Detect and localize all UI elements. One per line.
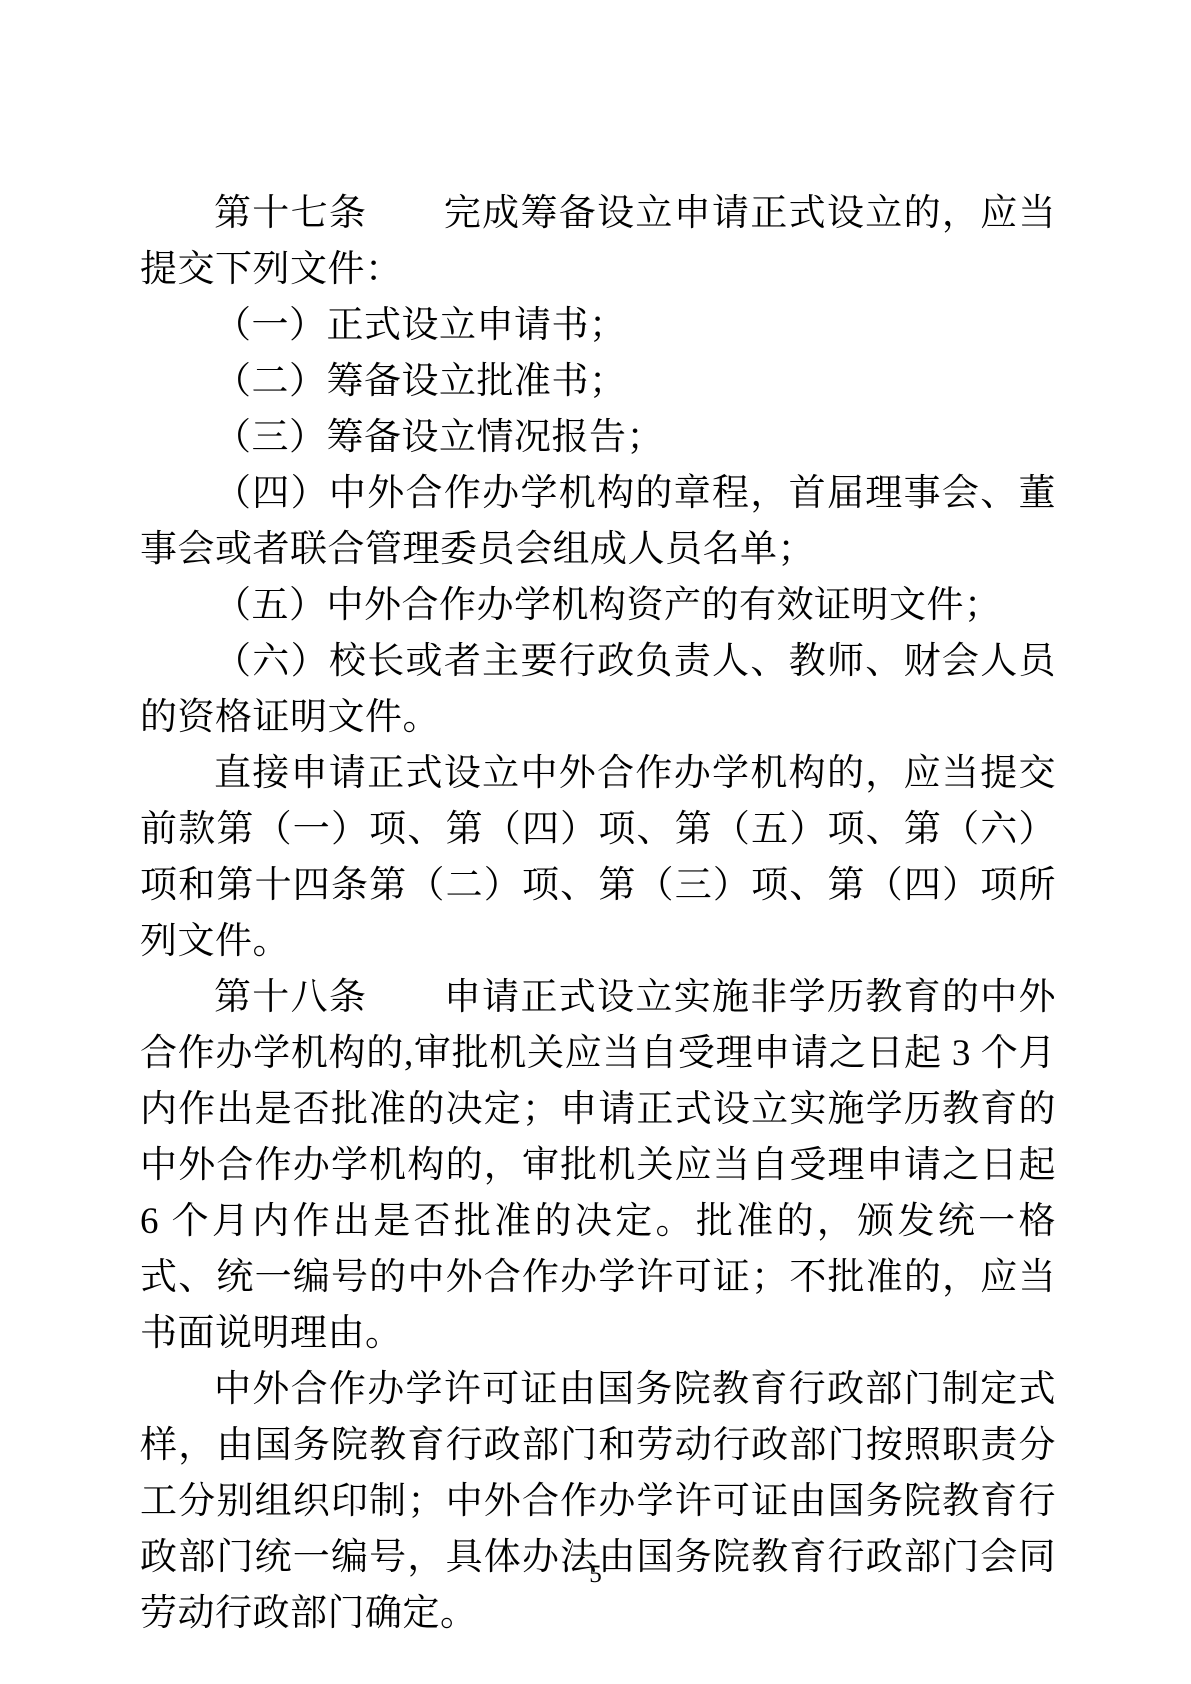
paragraph-article-18: 第十八条 申请正式设立实施非学历教育的中外合作办学机构的,审批机关应当自受理申请…: [140, 970, 1056, 1362]
paragraph-item-1: （一）正式设立申请书；: [140, 298, 1056, 354]
document-body: 第十七条 完成筹备设立申请正式设立的，应当提交下列文件： （一）正式设立申请书；…: [140, 186, 1056, 1642]
paragraph-item-6: （六）校长或者主要行政负责人、教师、财会人员的资格证明文件。: [140, 634, 1056, 746]
paragraph-direct-application: 直接申请正式设立中外合作办学机构的，应当提交前款第（一）项、第（四）项、第（五）…: [140, 746, 1056, 970]
paragraph-item-3: （三）筹备设立情况报告；: [140, 410, 1056, 466]
paragraph-article-17-intro: 第十七条 完成筹备设立申请正式设立的，应当提交下列文件：: [140, 186, 1056, 298]
paragraph-item-2: （二）筹备设立批准书；: [140, 354, 1056, 410]
paragraph-item-4: （四）中外合作办学机构的章程，首届理事会、董事会或者联合管理委员会组成人员名单；: [140, 466, 1056, 578]
paragraph-license-provisions: 中外合作办学许可证由国务院教育行政部门制定式样，由国务院教育行政部门和劳动行政部…: [140, 1362, 1056, 1642]
document-page: 第十七条 完成筹备设立申请正式设立的，应当提交下列文件： （一）正式设立申请书；…: [0, 0, 1191, 1684]
page-number: 5: [0, 1560, 1191, 1590]
paragraph-item-5: （五）中外合作办学机构资产的有效证明文件；: [140, 578, 1056, 634]
